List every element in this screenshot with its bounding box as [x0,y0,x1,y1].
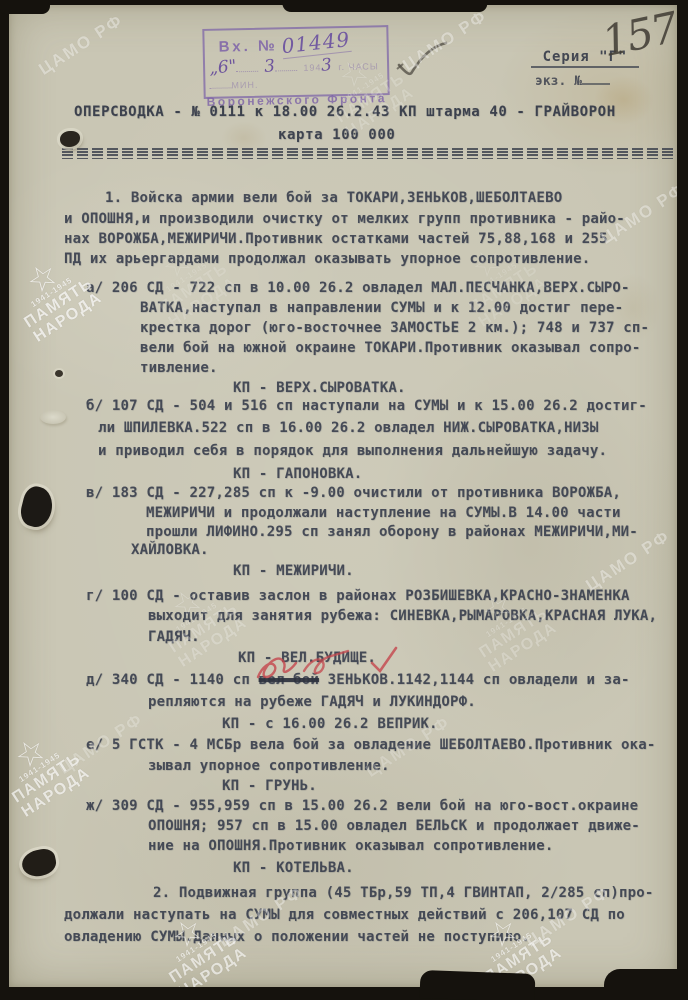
stamp-min-label: МИН. [231,80,258,91]
scanned-document-page: Вх. №01449 „6" 3 1943 г. ЧАСЫМИН. Вороне… [0,0,688,1000]
scan-edge-chunk [0,0,50,14]
stamp-date-line: „6" 3 1943 г. ЧАСЫМИН. [205,54,388,92]
document-title: ОПЕРСВОДКА - № 0111 к 18.00 26.2.43 КП ш… [74,104,616,120]
document-line: а/ 206 СД - 722 сп в 10.00 26.2 овладел … [86,280,630,296]
scan-edge-bottom [0,987,688,1000]
copy-label-text: экз. № [535,74,582,89]
document-line: ОПОШНЯ; 957 сп в 15.00 овладел БЕЛЬСК и … [148,818,640,834]
document-line: 2. Подвижная группа (45 ТБр,59 ТП,4 ГВИН… [153,885,653,901]
separator-row [62,158,678,160]
document-line: КП - КОТЕЛЬВА. [233,860,354,876]
document-line: выходит для занятия рубежа: СИНЕВКА,РЫМА… [148,608,657,624]
separator-row [62,154,678,156]
document-line: и приводил себя в порядок для выполнения… [98,443,607,459]
copy-number-blank [582,71,610,85]
document-line: ВАТКА,наступал в направлении СУМЫ и к 12… [140,300,623,316]
stamp-year-printed: 194 [303,62,321,72]
red-pencil-annotation [250,643,410,693]
document-line: КП - с 16.00 26.2 ВЕПРИК. [222,716,438,732]
document-line: е/ 5 ГСТК - 4 МСБр вела бой за овладение… [86,737,656,753]
map-scale-line: карта 100 000 [278,127,395,143]
copy-number-label: экз. № [531,71,639,89]
document-line: 1. Войска армии вели бой за ТОКАРИ,ЗЕНЬК… [105,190,562,206]
document-line: ХАЙЛОВКА. [131,542,209,558]
document-line: МЕЖИРИЧИ и продолжали наступление на СУМ… [146,505,621,521]
stamp-year-digit: 3 [321,55,334,76]
stamp-prefix: Вх. № [218,37,277,55]
paper-speck [55,370,63,377]
document-line: ние на ОПОШНЯ.Противник оказывал сопроти… [148,838,554,854]
separator-row [62,151,678,153]
document-line: г/ 100 СД - оставив заслон в районах РОЗ… [86,588,630,604]
stamp-hours-label: г. ЧАСЫ [338,61,379,72]
document-line: КП - ГАПОНОВКА. [233,466,362,482]
stamp-month: 3 [264,56,277,77]
stamp-blank [236,61,258,72]
document-line: ж/ 309 СД - 955,959 сп в 15.00 26.2 вели… [86,798,638,814]
document-line: репляются на рубеже ГАДЯЧ и ЛУКИНДОРФ. [148,694,476,710]
paper-dent [40,410,66,424]
document-line: вели бой на южной окраине ТОКАРИ.Противн… [140,340,640,356]
stamp-day: „6" [208,56,237,78]
document-line: в/ 183 СД - 227,285 сп к -9.00 очистили … [86,485,621,501]
document-line: ПД их арьергардами продолжал оказывать у… [64,251,590,267]
document-line: ли ШПИЛЕВКА.522 сп в 16.00 26.2 овладел … [98,420,598,436]
document-line: б/ 107 СД - 504 и 516 сп наступали на СУ… [86,398,647,414]
stamp-blank [209,77,231,88]
scan-edge-chunk [420,970,536,1000]
document-line: ГАДЯЧ. [148,629,200,645]
scan-edge-left [0,0,9,1000]
document-line: КП - ГРУНЬ. [222,778,317,794]
document-line: КП - ВЕРХ.СЫРОВАТКА. [233,380,406,396]
scan-edge-chunk [604,969,688,1000]
stamp-blank [275,60,297,71]
document-line: должали наступать на СУМЫ для совместных… [64,907,625,923]
scan-edge-right [677,0,688,1000]
stamp-number-line: Вх. №01449 [204,29,386,58]
document-line: овладению СУМЫ.Данных о положении частей… [64,929,530,945]
incoming-stamp: Вх. №01449 „6" 3 1943 г. ЧАСЫМИН. Вороне… [202,25,389,99]
document-line: крестка дорог (юго-восточнее ЗАМОСТЬЕ 2 … [140,320,649,336]
document-line: КП - МЕЖИРИЧИ. [233,563,354,579]
document-line: нах ВОРОЖБА,МЕЖИРИЧИ.Противник остатками… [64,231,608,247]
separator-row [62,148,678,150]
document-line: тивление. [140,360,218,376]
typed-separator [62,148,678,161]
document-line: и ОПОШНЯ,и производили очистку от мелких… [64,211,625,227]
scan-edge-chunk [281,0,487,12]
document-line: прошли ЛИФИНО.295 сп занял оборону в рай… [146,524,638,540]
document-line: зывал упорное сопротивление. [148,758,390,774]
pencil-checkmark [396,40,450,80]
